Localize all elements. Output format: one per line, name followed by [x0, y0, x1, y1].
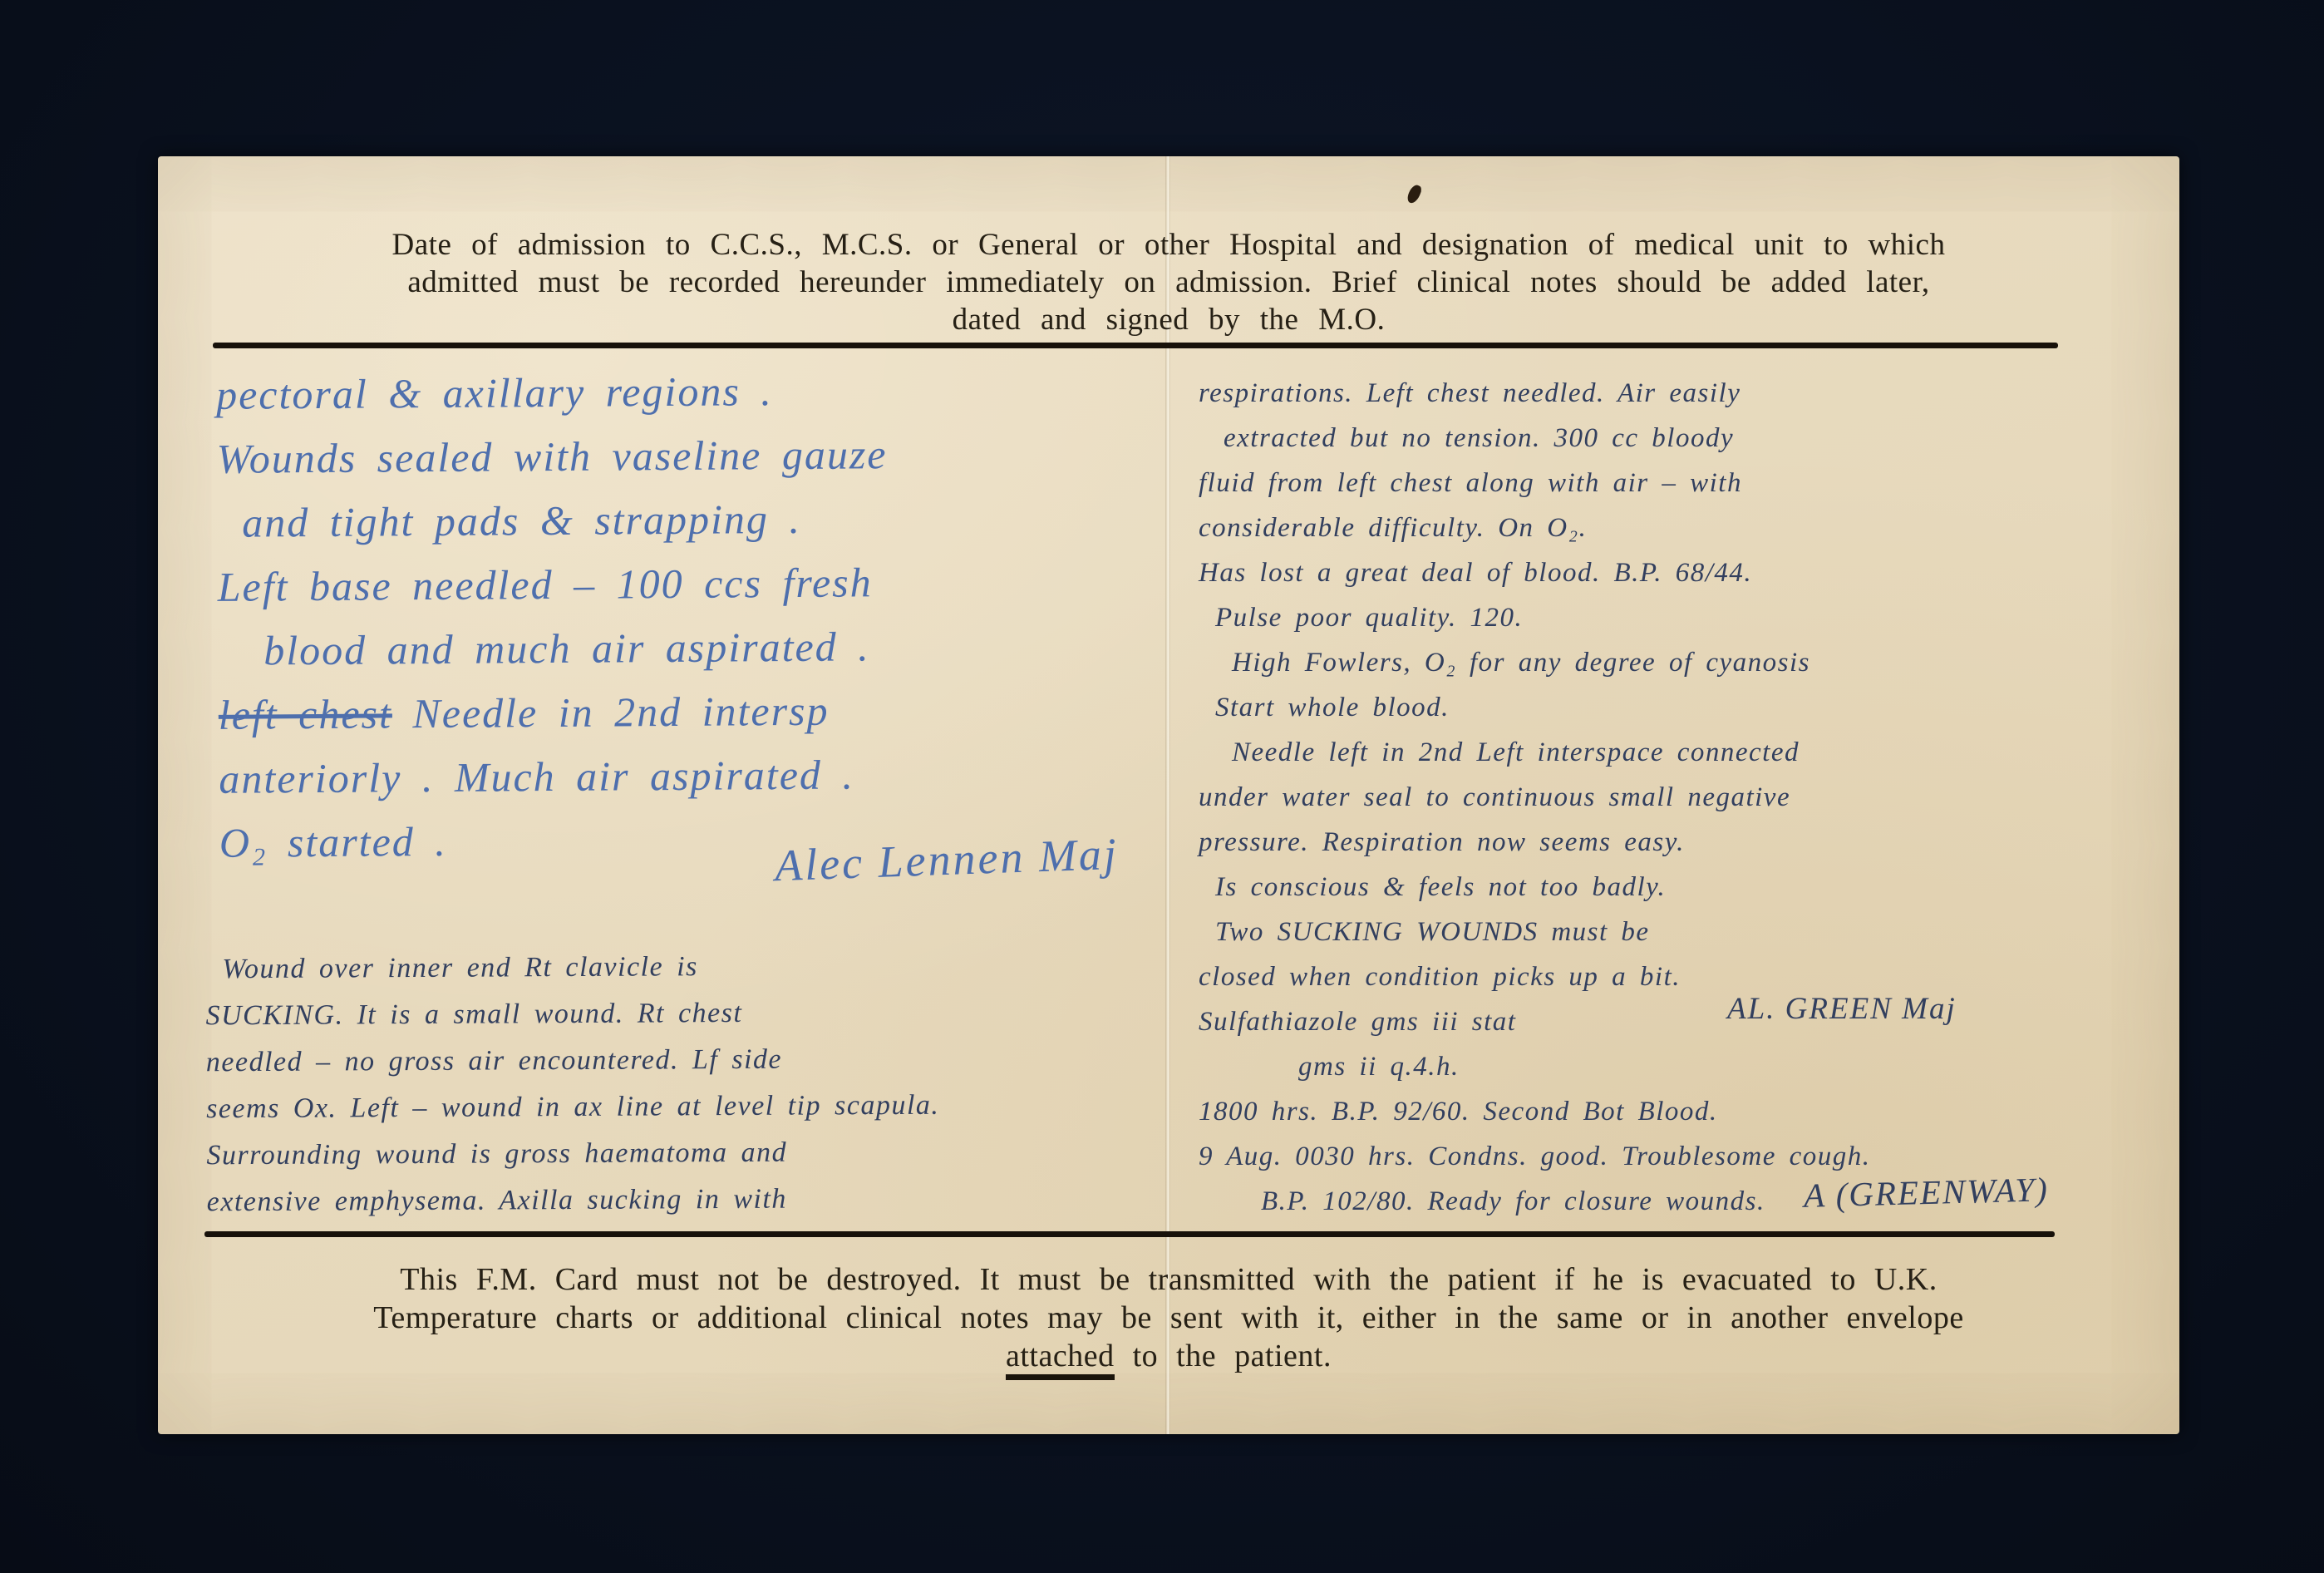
handwritten-line: blood and much air aspirated .	[218, 614, 889, 683]
footer-line-1: This F.M. Card must not be destroyed. It…	[283, 1260, 2055, 1299]
footer-line-3: attached to the patient.	[283, 1337, 2055, 1375]
paper-speck	[1406, 183, 1423, 205]
handwritten-line: 1800 hrs. B.P. 92/60. Second Bot Blood.	[1199, 1089, 1871, 1134]
handwritten-line: gms ii q.4.h.	[1199, 1044, 1871, 1089]
handwritten-line: Surrounding wound is gross haematoma and	[206, 1129, 939, 1180]
printed-footer: This F.M. Card must not be destroyed. It…	[283, 1260, 2055, 1375]
divider-rule-bottom	[204, 1231, 2055, 1237]
handwritten-line: High Fowlers, O₂ for any degree of cyano…	[1199, 640, 1871, 685]
printed-header: Date of admission to C.C.S., M.C.S. or G…	[283, 226, 2055, 338]
handwritten-notes-left-entry2: Wound over inner end Rt clavicle isSUCKI…	[205, 943, 940, 1226]
handwritten-notes-left-entry1: pectoral & axillary regions .Wounds seal…	[216, 358, 890, 875]
handwritten-line: Left base needled – 100 ccs fresh	[217, 550, 888, 619]
header-line-2: admitted must be recorded hereunder imme…	[283, 264, 2055, 301]
handwritten-line: Start whole blood.	[1199, 685, 1871, 730]
handwritten-line: pectoral & axillary regions .	[216, 358, 887, 427]
handwritten-line: considerable difficulty. On O₂.	[1199, 505, 1871, 550]
header-line-1: Date of admission to C.C.S., M.C.S. or G…	[283, 226, 2055, 264]
divider-rule-top	[213, 343, 2058, 348]
handwritten-line: Two SUCKING WOUNDS must be	[1199, 910, 1871, 954]
handwritten-line: B.P. 102/80. Ready for closure wounds.	[1199, 1179, 1871, 1224]
handwritten-line: extracted but no tension. 300 cc bloody	[1199, 416, 1871, 461]
handwritten-line: fluid from left chest along with air – w…	[1199, 461, 1871, 505]
handwritten-line: respirations. Left chest needled. Air ea…	[1199, 371, 1871, 416]
handwritten-line: 9 Aug. 0030 hrs. Condns. good. Troubleso…	[1199, 1134, 1871, 1179]
handwritten-line: Is conscious & feels not too badly.	[1199, 865, 1871, 910]
header-line-3: dated and signed by the M.O.	[283, 301, 2055, 338]
struck-out-text: left chest	[219, 690, 392, 737]
field-medical-card: Date of admission to C.C.S., M.C.S. or G…	[158, 156, 2179, 1434]
signature-entry1: Alec Lennen Maj	[774, 828, 1120, 891]
handwritten-line: extensive emphysema. Axilla sucking in w…	[207, 1176, 940, 1226]
handwritten-line: Pulse poor quality. 120.	[1199, 595, 1871, 640]
handwritten-line: under water seal to continuous small neg…	[1199, 775, 1871, 820]
handwritten-line: pressure. Respiration now seems easy.	[1199, 820, 1871, 865]
handwritten-line: seems Ox. Left – wound in ax line at lev…	[206, 1082, 939, 1133]
footer-line-2: Temperature charts or additional clinica…	[283, 1299, 2055, 1337]
handwritten-line: needled – no gross air encountered. Lf s…	[206, 1036, 939, 1087]
handwritten-line: Has lost a great deal of blood. B.P. 68/…	[1199, 550, 1871, 595]
underlined-word-attached: attached	[1006, 1339, 1115, 1380]
cosignature-green: AL. GREEN Maj	[1727, 991, 1957, 1027]
handwritten-line: left chest Needle in 2nd intersp	[219, 678, 889, 747]
handwritten-notes-right: respirations. Left chest needled. Air ea…	[1199, 371, 1871, 1224]
handwritten-line: SUCKING. It is a small wound. Rt chest	[205, 989, 938, 1040]
handwritten-line: and tight pads & strapping .	[217, 486, 888, 555]
footer-line-3-rest: to the patient.	[1115, 1339, 1332, 1373]
handwritten-line: Needle left in 2nd Left interspace conne…	[1199, 730, 1871, 775]
handwritten-line: Wounds sealed with vaseline gauze	[216, 422, 887, 491]
handwritten-line: Wound over inner end Rt clavicle is	[205, 943, 938, 994]
signature-greenway: A (GREENWAY)	[1803, 1169, 2049, 1215]
handwritten-line: anteriorly . Much air aspirated .	[219, 742, 889, 811]
